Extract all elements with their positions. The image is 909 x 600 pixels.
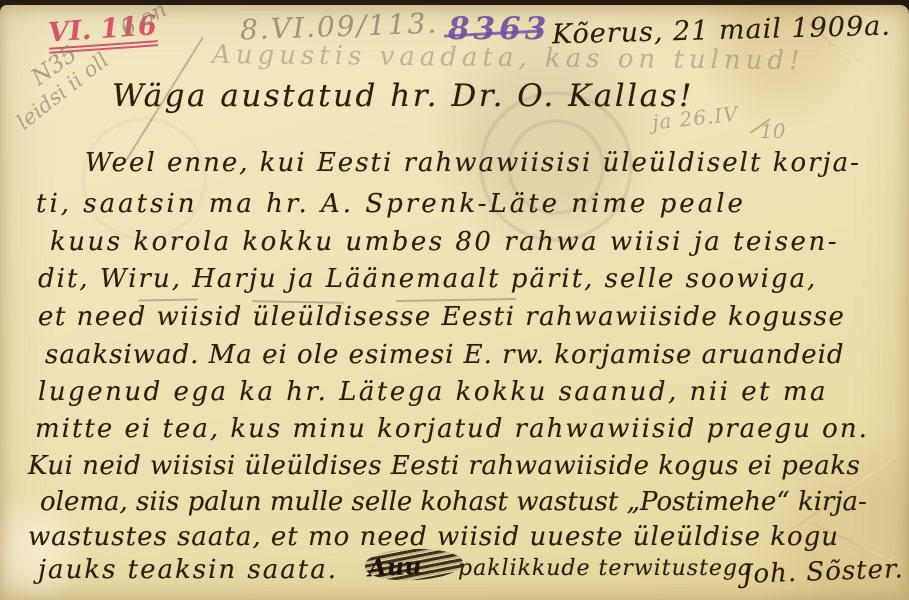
letter-line-4: dit, Wiru, Harju ja Läänemaalt pärit, se…: [38, 266, 817, 292]
pencil-accession-date: 8.VI.09/113.: [240, 10, 439, 45]
postmark-smudge: [82, 118, 206, 240]
letter-line-1: Weel enne, kui Eesti rahwawiisisi üleüld…: [85, 150, 861, 176]
scanned-postcard-image: VI. 116 6 on N35 leidsi ii oll 8.VI.09/1…: [0, 0, 909, 600]
letter-line-8: mitte ei tea, kus minu korjatud rahwawii…: [35, 416, 869, 442]
letter-line-3: kuus korola kokku umbes 80 rahwa wiisi j…: [50, 229, 839, 255]
salutation: Wäga austatud hr. Dr. O. Kallas!: [112, 81, 694, 112]
letter-line-10: olema, siis palun mulle selle kohast was…: [40, 489, 867, 515]
scribbled-word-text: Auu: [367, 551, 422, 583]
pencil-reminder-note: Augustis vaadata, kas on tulnud!: [212, 42, 805, 74]
letter-line-2: ti, saatsin ma hr. A. Sprenk-Läte nime p…: [36, 191, 746, 217]
postcard-paper: VI. 116 6 on N35 leidsi ii oll 8.VI.09/1…: [0, 5, 909, 600]
letter-line-11: wastustes saata, et mo need wiisid uuest…: [28, 524, 839, 550]
letter-line-12: jauks teaksin saata.: [38, 557, 338, 583]
closing-phrase: paklikkude terwitustega: [458, 558, 752, 580]
letter-line-9: Kui neid wiisisi üleüldises Eesti rahwaw…: [28, 453, 860, 479]
letter-line-7: lugenud ega ka hr. Lätega kokku saanud, …: [38, 379, 828, 405]
signature: Joh. Sõster.: [742, 556, 905, 588]
letter-line-5: et need wiisid üleüldisesse Eesti rahwaw…: [38, 304, 845, 330]
letter-line-6: saaksiwad. Ma ei ole esimesi E. rw. korj…: [45, 342, 845, 368]
scribbled-out-word: Auu: [367, 549, 460, 581]
pencil-postmark-note-2: 10: [760, 121, 785, 141]
